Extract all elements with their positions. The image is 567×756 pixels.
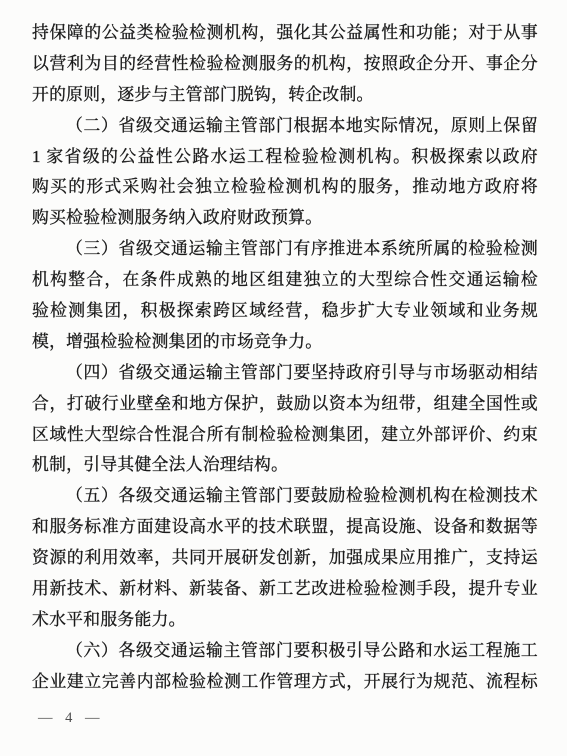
- page-footer: — 4 —: [38, 707, 104, 729]
- document-text: 持保障的公益类检验检测机构，强化其公益属性和功能；对于从事 以营利为目的经营性检…: [32, 18, 538, 698]
- paragraph-item-3: （三）省级交通运输主管部门有序推进本系统所属的检验检测 机构整合，在条件成熟的地…: [32, 234, 538, 358]
- text-line: 机制，引导其健全法人治理结构。: [32, 450, 538, 481]
- paragraph-continuation: 持保障的公益类检验检测机构，强化其公益属性和功能；对于从事 以营利为目的经营性检…: [32, 18, 538, 111]
- text-line: 机构整合，在条件成熟的地区组建独立的大型综合性交通运输检: [32, 265, 538, 296]
- paragraph-item-2: （二）省级交通运输主管部门根据本地实际情况，原则上保留 1 家省级的公益性公路水…: [32, 111, 538, 235]
- page-number: — 4 —: [38, 710, 104, 726]
- text-line: 开的原则，逐步与主管部门脱钩，转企改制。: [32, 80, 538, 111]
- paragraph-item-4: （四）省级交通运输主管部门要坚持政府引导与市场驱动相结 合，打破行业壁垒和地方保…: [32, 358, 538, 482]
- paragraph-item-5: （五）各级交通运输主管部门要鼓励检验检测机构在检测技术 和服务标准方面建设高水平…: [32, 481, 538, 635]
- paragraph-item-6: （六）各级交通运输主管部门要积极引导公路和水运工程施工 企业建立完善内部检验检测…: [32, 636, 538, 698]
- text-line: （五）各级交通运输主管部门要鼓励检验检测机构在检测技术: [32, 481, 538, 512]
- text-line: （六）各级交通运输主管部门要积极引导公路和水运工程施工: [32, 636, 538, 667]
- text-line: 购买的形式采购社会独立检验检测机构的服务，推动地方政府将: [32, 172, 538, 203]
- text-line: （三）省级交通运输主管部门有序推进本系统所属的检验检测: [32, 234, 538, 265]
- text-line: 和服务标准方面建设高水平的技术联盟，提高设施、设备和数据等: [32, 512, 538, 543]
- document-page: 持保障的公益类检验检测机构，强化其公益属性和功能；对于从事 以营利为目的经营性检…: [0, 0, 567, 756]
- text-line: 模，增强检验检测集团的市场竞争力。: [32, 327, 538, 358]
- text-line: 以营利为目的经营性检验检测服务的机构，按照政企分开、事企分: [32, 49, 538, 80]
- text-line: 企业建立完善内部检验检测工作管理方式，开展行为规范、流程标: [32, 667, 538, 698]
- text-line: 区域性大型综合性混合所有制检验检测集团，建立外部评价、约束: [32, 420, 538, 451]
- text-line: （二）省级交通运输主管部门根据本地实际情况，原则上保留: [32, 111, 538, 142]
- text-line: 术水平和服务能力。: [32, 605, 538, 636]
- text-line: （四）省级交通运输主管部门要坚持政府引导与市场驱动相结: [32, 358, 538, 389]
- text-line: 用新技术、新材料、新装备、新工艺改进检验检测手段，提升专业技: [32, 574, 538, 605]
- text-line: 验检测集团，积极探索跨区域经营，稳步扩大专业领域和业务规: [32, 296, 538, 327]
- text-line: 合，打破行业壁垒和地方保护，鼓励以资本为纽带，组建全国性或: [32, 389, 538, 420]
- text-line: 1 家省级的公益性公路水运工程检验检测机构。积极探索以政府: [32, 142, 538, 173]
- text-line: 持保障的公益类检验检测机构，强化其公益属性和功能；对于从事: [32, 18, 538, 49]
- text-line: 资源的利用效率，共同开展研发创新，加强成果应用推广，支持运: [32, 543, 538, 574]
- text-line: 购买检验检测服务纳入政府财政预算。: [32, 203, 538, 234]
